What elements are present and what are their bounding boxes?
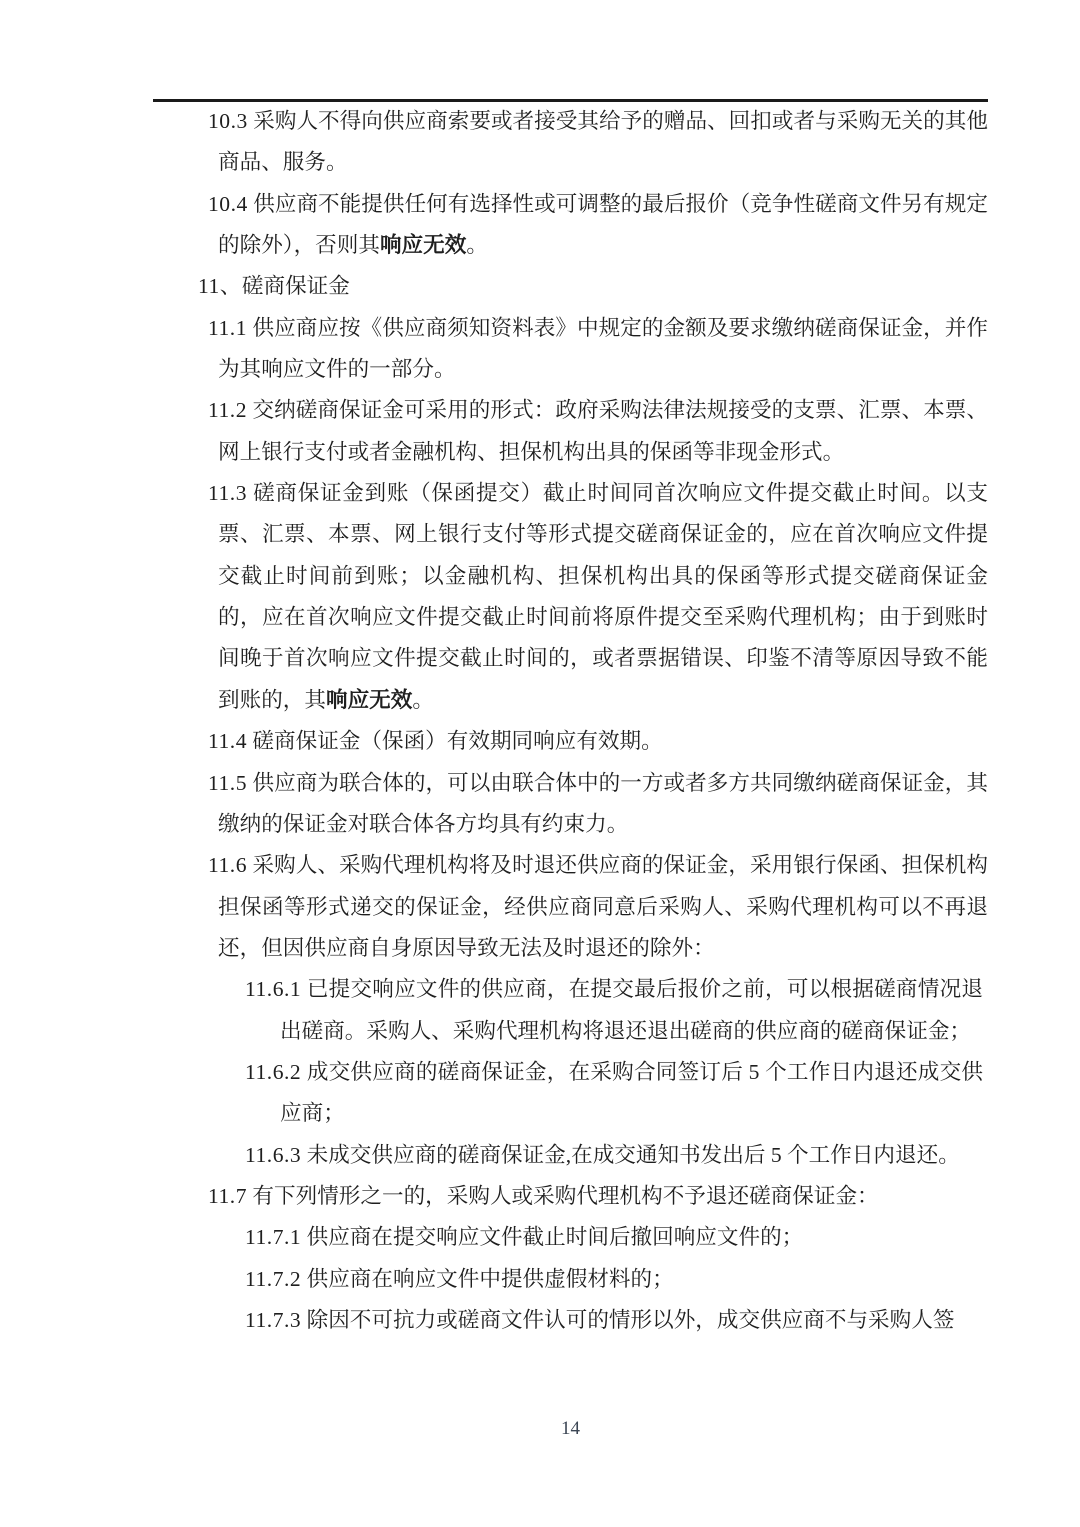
clause-11-6-1: 11.6.1 已提交响应文件的供应商，在提交最后报价之前，可以根据磋商情况退出磋… xyxy=(245,969,983,1052)
clause-number: 11.5 xyxy=(208,771,247,795)
clause-11-7-1: 11.7.1 供应商在提交响应文件截止时间后撤回响应文件的； xyxy=(245,1217,983,1258)
clause-11-1: 11.1 供应商应按《供应商须知资料表》中规定的金额及要求缴纳磋商保证金，并作为… xyxy=(208,308,988,391)
clause-text: 磋商保证金到账（保函提交）截止时间同首次响应文件提交截止时间。以支票、汇票、本票… xyxy=(218,481,988,712)
document-page: 10.3 采购人不得向供应商索要或者接受其给予的赠品、回扣或者与采购无关的其他商… xyxy=(0,0,1080,1527)
clause-number: 11.4 xyxy=(208,729,247,753)
clause-text: 有下列情形之一的，采购人或采购代理机构不予退还磋商保证金： xyxy=(252,1184,878,1208)
clause-number: 11、 xyxy=(198,274,242,298)
emphasis-text: 响应无效 xyxy=(380,233,466,257)
clause-11-3: 11.3 磋商保证金到账（保函提交）截止时间同首次响应文件提交截止时间。以支票、… xyxy=(208,473,988,721)
page-number: 14 xyxy=(153,1418,988,1440)
clause-number: 11.3 xyxy=(208,481,247,505)
clause-number: 11.7.3 xyxy=(245,1308,301,1332)
clause-10-3: 10.3 采购人不得向供应商索要或者接受其给予的赠品、回扣或者与采购无关的其他商… xyxy=(208,101,988,184)
document-body: 10.3 采购人不得向供应商索要或者接受其给予的赠品、回扣或者与采购无关的其他商… xyxy=(0,101,1080,1341)
clause-11-6-3: 11.6.3 未成交供应商的磋商保证金,在成交通知书发出后 5 个工作日内退还。 xyxy=(245,1135,983,1176)
clause-text: 已提交响应文件的供应商，在提交最后报价之前，可以根据磋商情况退出磋商。采购人、采… xyxy=(280,977,983,1042)
clause-number: 10.4 xyxy=(208,192,248,216)
clause-number: 11.6.2 xyxy=(245,1060,301,1084)
clause-text: 交纳磋商保证金可采用的形式：政府采购法律法规接受的支票、汇票、本票、网上银行支付… xyxy=(218,398,988,463)
clause-number: 11.6 xyxy=(208,853,247,877)
clause-10-4: 10.4 供应商不能提供任何有选择性或可调整的最后报价（竞争性磋商文件另有规定的… xyxy=(208,184,988,267)
clause-text: 供应商应按《供应商须知资料表》中规定的金额及要求缴纳磋商保证金，并作为其响应文件… xyxy=(218,316,988,381)
clause-text: 供应商为联合体的，可以由联合体中的一方或者多方共同缴纳磋商保证金，其缴纳的保证金… xyxy=(218,771,988,836)
clause-number: 11.6.1 xyxy=(245,977,301,1001)
clause-text: 成交供应商的磋商保证金，在采购合同签订后 5 个工作日内退还成交供应商； xyxy=(280,1060,983,1125)
clause-number: 10.3 xyxy=(208,109,248,133)
clause-text: 磋商保证金（保函）有效期同响应有效期。 xyxy=(252,729,662,753)
clause-text: 供应商在响应文件中提供虚假材料的； xyxy=(307,1267,674,1291)
clause-11-7: 11.7 有下列情形之一的，采购人或采购代理机构不予退还磋商保证金： xyxy=(208,1176,988,1217)
clause-11-6-2: 11.6.2 成交供应商的磋商保证金，在采购合同签订后 5 个工作日内退还成交供… xyxy=(245,1052,983,1135)
clause-11-7-3: 11.7.3 除因不可抗力或磋商文件认可的情形以外，成交供应商不与采购人签 xyxy=(245,1300,983,1341)
clause-11-6: 11.6 采购人、采购代理机构将及时退还供应商的保证金，采用银行保函、担保机构担… xyxy=(208,845,988,969)
clause-text: 供应商不能提供任何有选择性或可调整的最后报价（竞争性磋商文件另有规定的除外），否… xyxy=(218,192,988,257)
clause-text: 。 xyxy=(466,233,488,257)
clause-text: 供应商在提交响应文件截止时间后撤回响应文件的； xyxy=(307,1225,804,1249)
clause-number: 11.1 xyxy=(208,316,247,340)
clause-number: 11.7 xyxy=(208,1184,247,1208)
clause-text: 。 xyxy=(412,688,434,712)
emphasis-text: 响应无效 xyxy=(326,688,412,712)
clause-11-4: 11.4 磋商保证金（保函）有效期同响应有效期。 xyxy=(208,721,988,762)
clause-number: 11.7.2 xyxy=(245,1267,301,1291)
clause-text: 磋商保证金 xyxy=(242,274,350,298)
clause-text: 除因不可抗力或磋商文件认可的情形以外，成交供应商不与采购人签 xyxy=(307,1308,955,1332)
clause-text: 未成交供应商的磋商保证金,在成交通知书发出后 5 个工作日内退还。 xyxy=(307,1143,960,1167)
clause-number: 11.7.1 xyxy=(245,1225,301,1249)
clause-text: 采购人、采购代理机构将及时退还供应商的保证金，采用银行保函、担保机构担保函等形式… xyxy=(218,853,988,960)
clause-number: 11.2 xyxy=(208,398,247,422)
clause-11-2: 11.2 交纳磋商保证金可采用的形式：政府采购法律法规接受的支票、汇票、本票、网… xyxy=(208,390,988,473)
clause-11-5: 11.5 供应商为联合体的，可以由联合体中的一方或者多方共同缴纳磋商保证金，其缴… xyxy=(208,763,988,846)
clause-11-7-2: 11.7.2 供应商在响应文件中提供虚假材料的； xyxy=(245,1259,983,1300)
clause-11: 11、磋商保证金 xyxy=(198,266,988,307)
clause-text: 采购人不得向供应商索要或者接受其给予的赠品、回扣或者与采购无关的其他商品、服务。 xyxy=(218,109,988,174)
clause-number: 11.6.3 xyxy=(245,1143,301,1167)
